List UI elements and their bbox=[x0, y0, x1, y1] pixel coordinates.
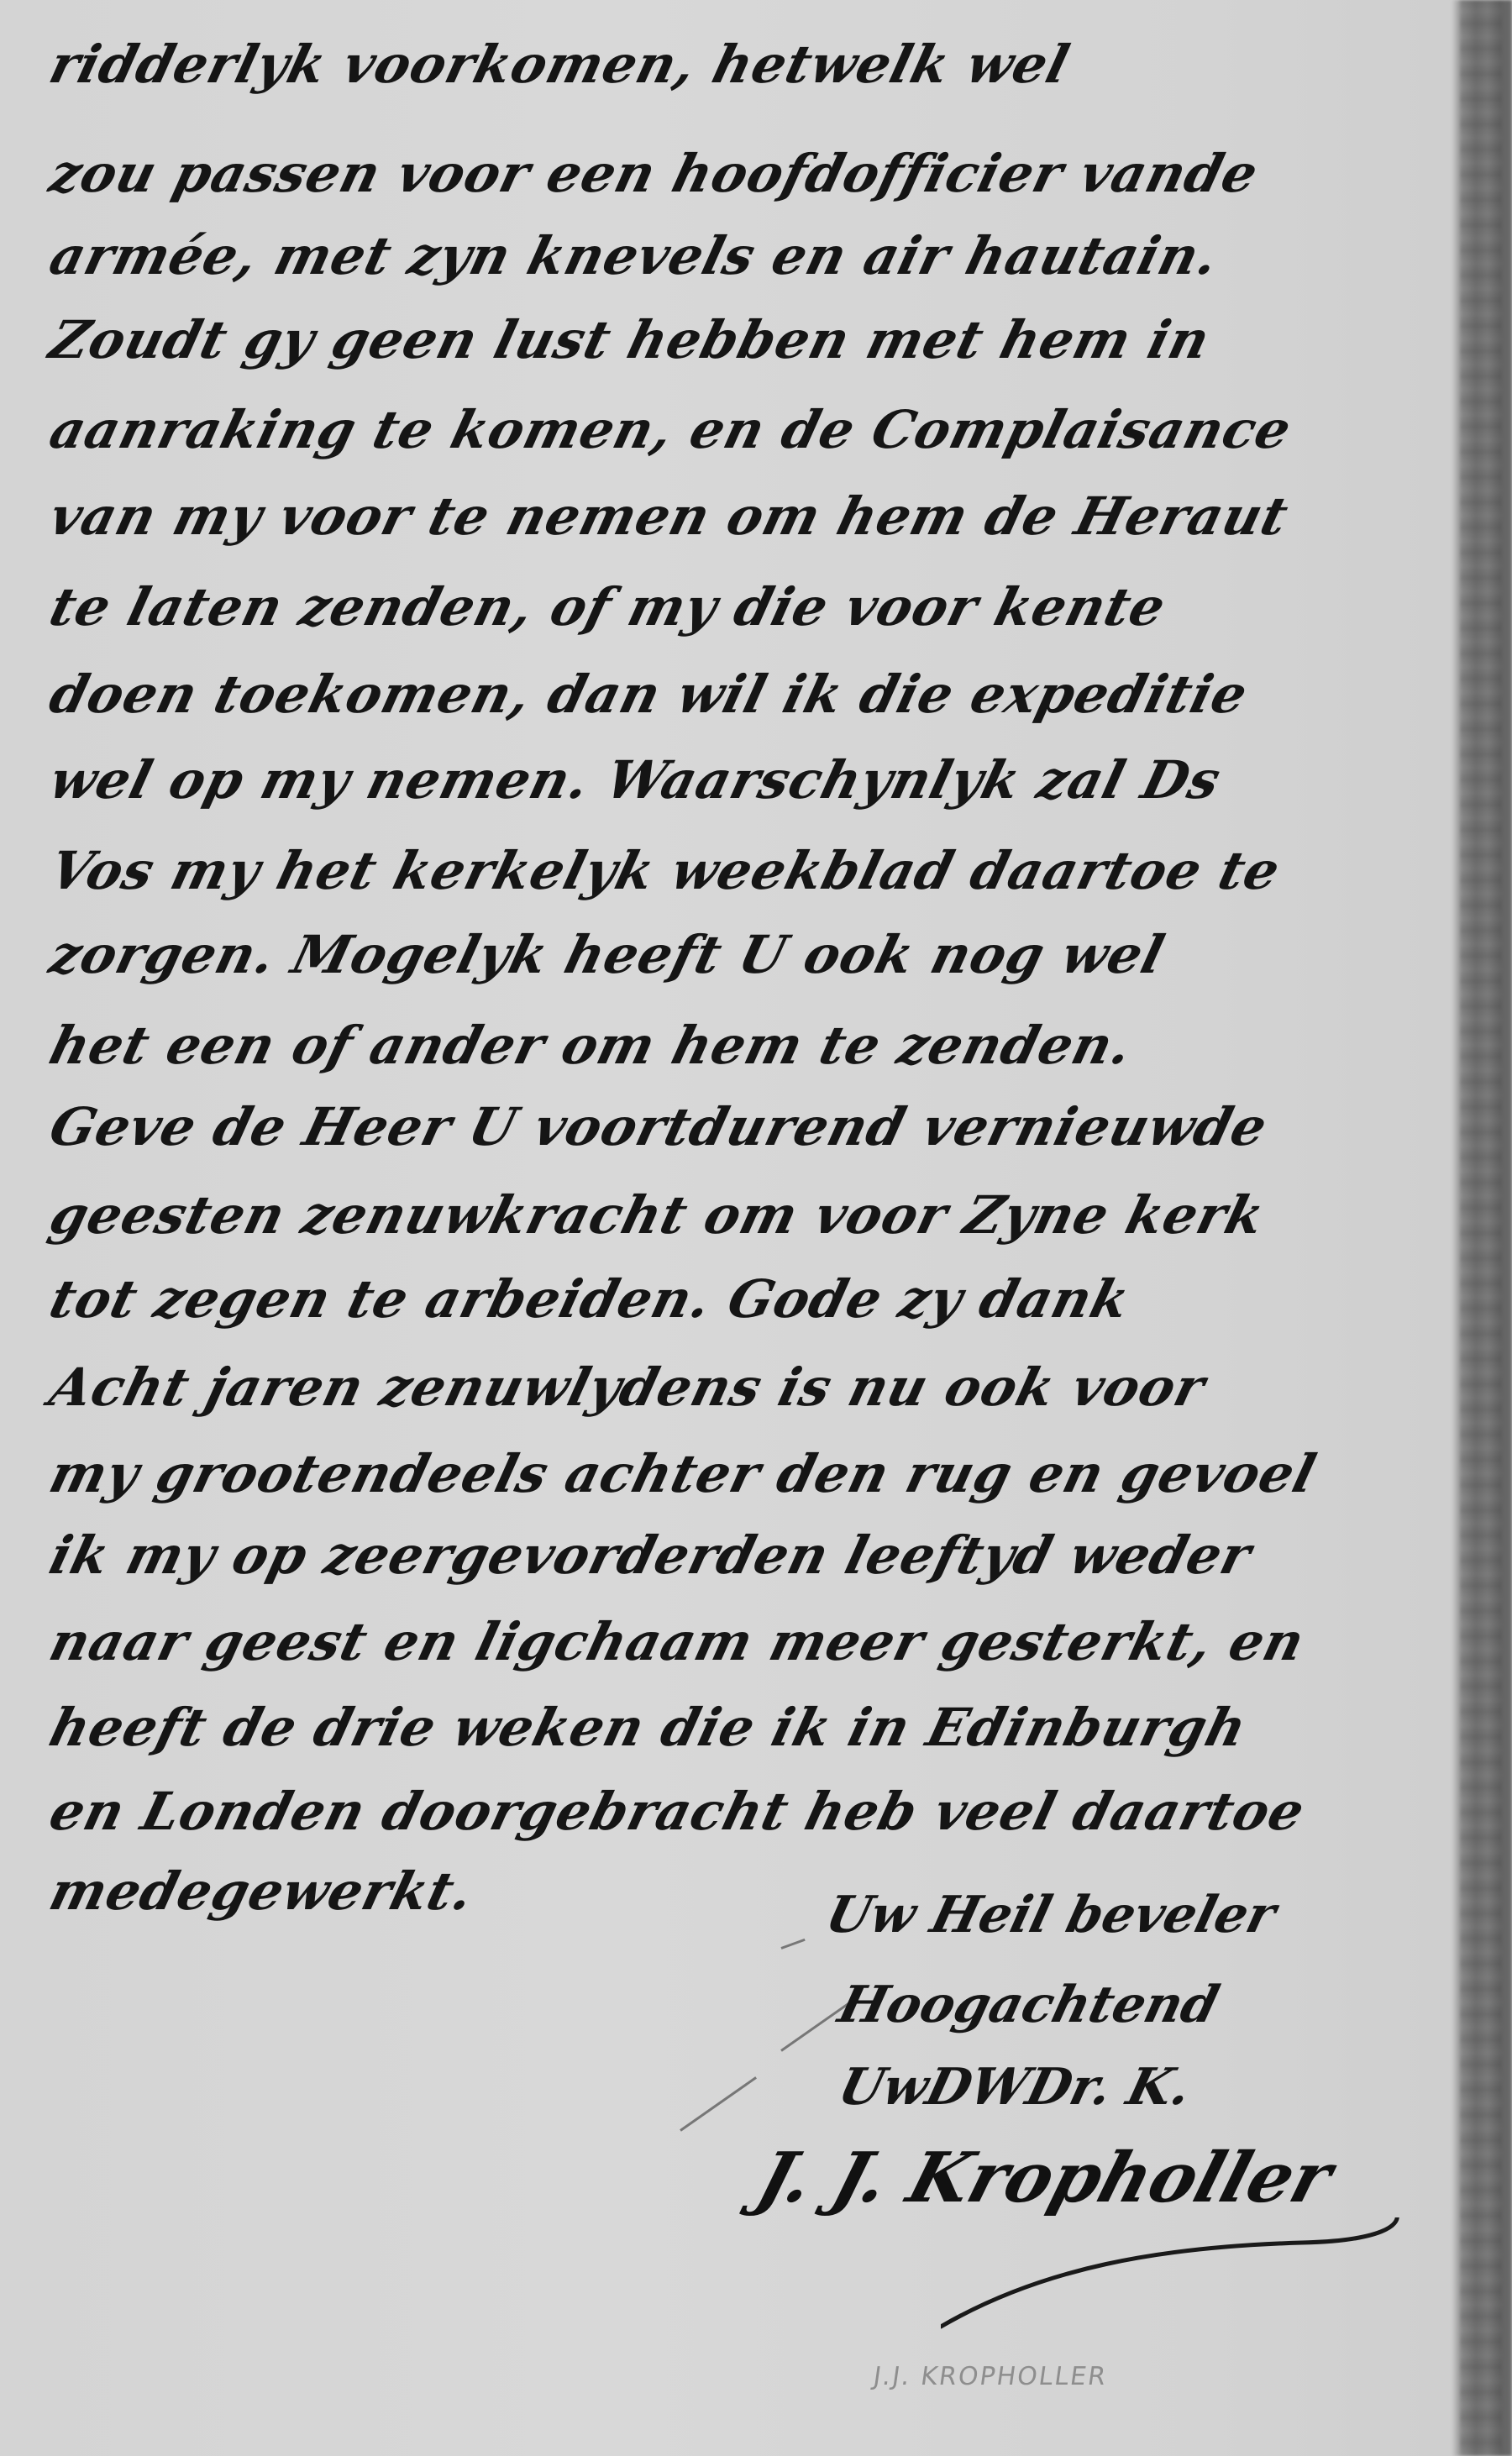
closing-line: Hoogachtend bbox=[832, 1976, 1225, 2034]
letter-line: ik my op zeergevorderden leeftyd weder bbox=[44, 1525, 1257, 1586]
closing-line: UwDWDr. K. bbox=[832, 2058, 1197, 2117]
letter-line: Acht jaren zenuwlydens is nu ook voor bbox=[44, 1357, 1211, 1418]
letter-line: van my voor te nemen om hem de Heraut bbox=[44, 485, 1294, 547]
letter-page: ridderlyk voorkomen, hetwelk wel zou pas… bbox=[0, 0, 1512, 2456]
letter-line: naar geest en ligchaam meer gesterkt, en bbox=[44, 1611, 1311, 1672]
signature-flourish-icon bbox=[941, 2217, 1411, 2335]
letter-line: armée, met zyn knevels en air hautain. bbox=[44, 225, 1225, 286]
letter-line: ridderlyk voorkomen, hetwelk wel bbox=[44, 34, 1076, 95]
letter-line: het een of ander om hem te zenden. bbox=[44, 1015, 1139, 1076]
binding-edge bbox=[1452, 0, 1512, 2456]
letter-line: tot zegen te arbeiden. Gode zy dank bbox=[44, 1268, 1136, 1330]
letter-line: aanraking te komen, en de Complaisance bbox=[44, 399, 1298, 460]
letter-line: my grootendeels achter den rug en gevoel bbox=[44, 1443, 1322, 1504]
letter-line: Vos my het kerkelyk weekblad daartoe te bbox=[44, 840, 1287, 901]
letter-line: heeft de drie weken die ik in Edinburgh bbox=[44, 1697, 1253, 1758]
letter-line: geesten zenuwkracht om voor Zyne kerk bbox=[44, 1184, 1271, 1246]
closing-line: Uw Heil beveler bbox=[820, 1886, 1281, 1944]
letter-line: zorgen. Mogelyk heeft U ook nog wel bbox=[44, 924, 1171, 985]
letter-line: doen toekomen, dan wil ik die expeditie bbox=[44, 664, 1254, 725]
archival-annotation: J.J. KROPHOLLER bbox=[872, 2362, 1110, 2391]
letter-line: te laten zenden, of my die voor kente bbox=[44, 576, 1172, 638]
letter-line: Geve de Heer U voortdurend vernieuwde bbox=[44, 1096, 1273, 1157]
closing-dash bbox=[780, 1939, 805, 1950]
letter-line: zou passen voor een hoofdofficier vande bbox=[44, 143, 1265, 204]
letter-line: medegewerkt. bbox=[44, 1860, 480, 1922]
letter-line: en Londen doorgebracht heb veel daartoe bbox=[44, 1781, 1311, 1842]
signature: J. J. Kropholler bbox=[748, 2138, 1341, 2218]
letter-line: Zoudt gy geen lust hebben met hem in bbox=[44, 309, 1216, 370]
letter-line: wel op my nemen. Waarschynlyk zal Ds bbox=[44, 749, 1227, 811]
closing-dash bbox=[680, 2076, 757, 2132]
